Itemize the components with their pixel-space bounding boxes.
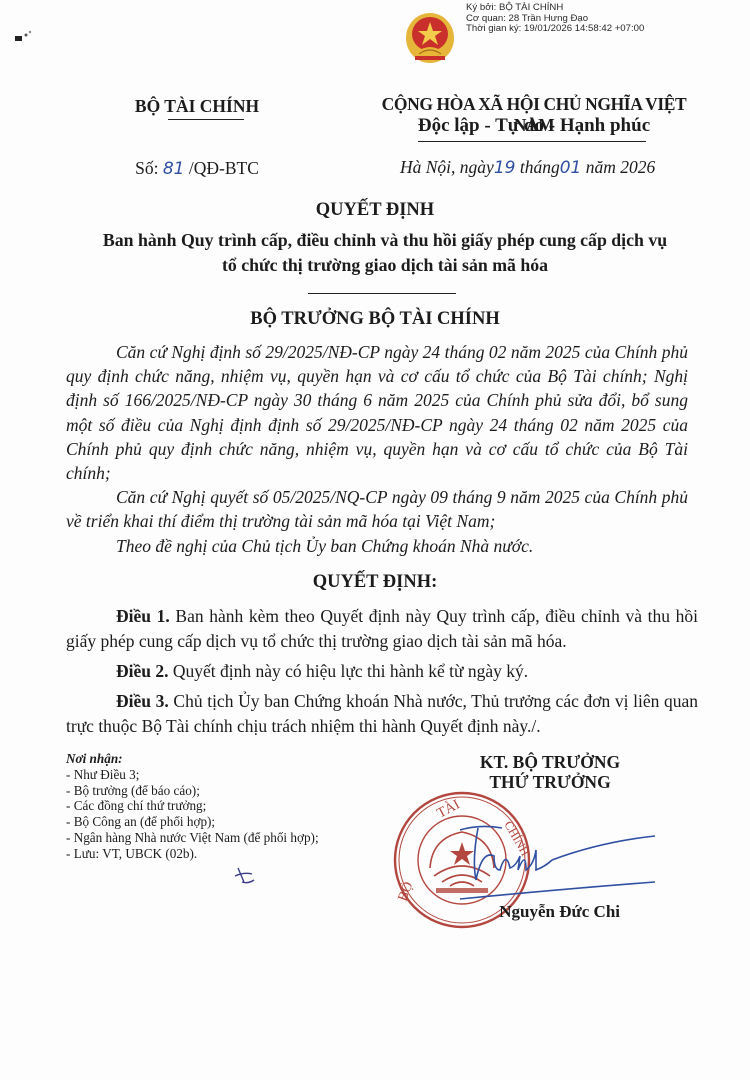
preamble-paragraph: Căn cứ Nghị định số 29/2025/NĐ-CP ngày 2… — [66, 340, 688, 485]
date-month-label: tháng — [520, 157, 560, 177]
signed-by: Ký bởi: BỘ TÀI CHÍNH — [466, 3, 644, 14]
document-subject: Ban hành Quy trình cấp, điều chỉnh và th… — [40, 228, 730, 278]
issue-date: Hà Nội, ngày19 tháng01 năm 2026 — [388, 157, 740, 178]
recipient-item: - Như Điều 3; — [66, 767, 319, 783]
digital-signature-info: Ký bởi: BỘ TÀI CHÍNH Cơ quan: 28 Trần Hư… — [466, 3, 644, 35]
recipient-item: - Bộ Công an (để phối hợp); — [66, 814, 319, 830]
doc-number-handwritten: 81 — [163, 159, 185, 179]
national-motto: Độc lập - Tự do - Hạnh phúc — [364, 115, 704, 137]
article-label: Điều 2. — [116, 661, 169, 681]
preamble-paragraph: Theo đề nghị của Chủ tịch Ủy ban Chứng k… — [66, 534, 688, 558]
article-label: Điều 3. — [116, 691, 169, 711]
recipients-list: Nơi nhận: - Như Điều 3; - Bộ trưởng (để … — [66, 751, 319, 862]
national-emblem-icon — [405, 12, 455, 64]
article-text: Quyết định này có hiệu lực thi hành kể t… — [169, 661, 529, 681]
preamble-text: Theo đề nghị của Chủ tịch Ủy ban Chứng k… — [66, 534, 688, 558]
signer-name: Nguyễn Đức Chi — [420, 902, 624, 922]
handwritten-signature-icon — [460, 820, 660, 905]
article-3: Điều 3. Chủ tịch Ủy ban Chứng khoán Nhà … — [66, 689, 698, 738]
recipients-heading: Nơi nhận: — [66, 751, 319, 767]
date-prefix: Hà Nội, ngày — [400, 157, 494, 177]
recipient-item: - Các đồng chí thứ trưởng; — [66, 798, 319, 814]
date-month-handwritten: 01 — [560, 158, 582, 178]
date-day-handwritten: 19 — [494, 158, 516, 178]
date-year: năm 2026 — [586, 157, 656, 177]
preamble-text: Căn cứ Nghị quyết số 05/2025/NQ-CP ngày … — [66, 485, 688, 533]
article-label: Điều 1. — [116, 606, 170, 626]
decision-heading: QUYẾT ĐỊNH: — [0, 572, 750, 593]
signer-position: THỨ TRƯỞNG — [430, 772, 670, 792]
issuing-agency: BỘ TÀI CHÍNH — [104, 96, 290, 117]
svg-text:TÀI: TÀI — [434, 795, 463, 821]
article-1: Điều 1. Ban hành kèm theo Quyết định này… — [66, 604, 698, 653]
doc-number-prefix: Số: — [135, 158, 158, 178]
motto-underline — [418, 141, 646, 142]
signed-time: Thời gian ký: 19/01/2026 14:58:42 +07:00 — [466, 24, 644, 35]
recipient-item: - Ngân hàng Nhà nước Việt Nam (để phối h… — [66, 830, 319, 846]
title-divider — [308, 293, 456, 294]
subject-line-1: Ban hành Quy trình cấp, điều chỉnh và th… — [40, 228, 730, 253]
document-type-heading: QUYẾT ĐỊNH — [0, 200, 750, 221]
preamble-paragraph: Căn cứ Nghị quyết số 05/2025/NQ-CP ngày … — [66, 485, 688, 533]
recipient-item: - Bộ trưởng (để báo cáo); — [66, 783, 319, 799]
article-2: Điều 2. Quyết định này có hiệu lực thi h… — [66, 659, 698, 684]
agency-underline — [168, 119, 244, 120]
issuing-authority: BỘ TRƯỞNG BỘ TÀI CHÍNH — [0, 309, 750, 330]
scan-speck — [14, 28, 36, 44]
handwritten-initial-icon — [232, 864, 258, 886]
doc-number-suffix: /QĐ-BTC — [189, 158, 259, 178]
signature-title: KT. BỘ TRƯỞNG THỨ TRƯỞNG — [430, 752, 670, 792]
preamble-text: Căn cứ Nghị định số 29/2025/NĐ-CP ngày 2… — [66, 340, 688, 485]
subject-line-2: tổ chức thị trường giao dịch tài sản mã … — [40, 253, 730, 278]
document-number: Số: 81 /QĐ-BTC — [104, 158, 290, 179]
on-behalf-label: KT. BỘ TRƯỞNG — [430, 752, 670, 772]
recipient-item: - Lưu: VT, UBCK (02b). — [66, 846, 319, 862]
